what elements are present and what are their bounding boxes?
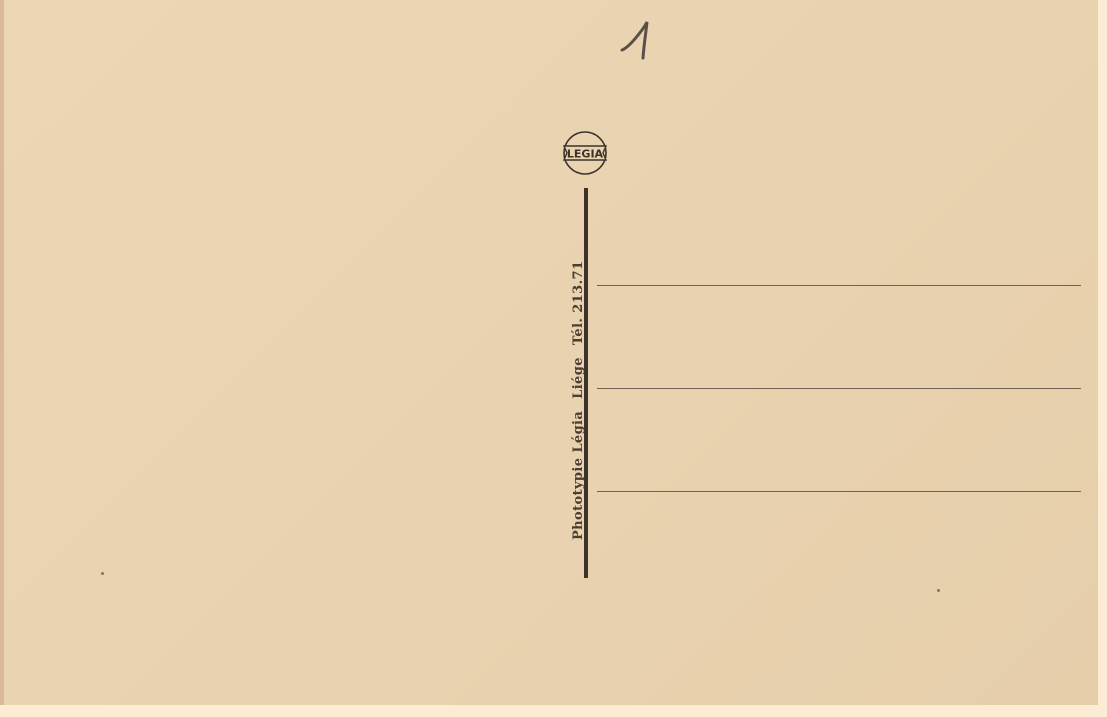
address-line-2: [597, 388, 1081, 389]
postcard-back: LEGIA Phototypie Légia Liége Tél. 213.71: [0, 0, 1098, 705]
legia-logo-icon: LEGIA: [561, 129, 609, 177]
paper-speck: [937, 589, 940, 592]
svg-text:LEGIA: LEGIA: [567, 148, 604, 161]
publisher-city: Liége: [571, 357, 586, 399]
paper-speck: [101, 572, 104, 575]
address-line-1: [597, 285, 1081, 286]
publisher-name: Phototypie Légia: [571, 411, 586, 540]
handwritten-number-1: [618, 14, 668, 62]
address-line-3: [597, 491, 1081, 492]
publisher-imprint: Phototypie Légia Liége Tél. 213.71: [571, 254, 586, 540]
publisher-phone: Tél. 213.71: [571, 261, 586, 346]
